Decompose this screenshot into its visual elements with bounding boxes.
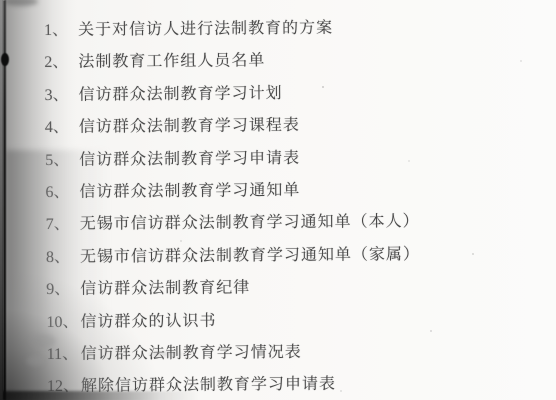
list-item-text: 关于对信访人进行法制教育的方案 <box>78 13 333 47</box>
bottom-left-corner-shadow <box>0 270 160 400</box>
list-item-text: 法制教育工作组人员名单 <box>78 46 265 80</box>
list-item: 3、 信访群众法制教育学习计划 <box>1 76 556 113</box>
ink-bleed-smudge <box>26 356 44 366</box>
bottom-edge-shadow <box>0 391 200 400</box>
ink-bleed-smudge <box>148 352 182 356</box>
list-item: 1、 关于对信访人进行法制教育的方案 <box>0 11 556 48</box>
scanned-document-page: 1、 关于对信访人进行法制教育的方案 2、 法制教育工作组人员名单 3、 信访群… <box>0 0 556 400</box>
list-item-text: 无锡市信访群众法制教育学习通知单（本人） <box>80 206 420 241</box>
list-item-text: 信访群众法制教育学习通知单 <box>79 175 300 209</box>
list-item: 4、 信访群众法制教育学习课程表 <box>1 108 556 145</box>
list-item-text: 信访群众法制教育学习申请表 <box>79 143 300 177</box>
list-item-text: 信访群众法制教育学习计划 <box>79 78 283 112</box>
list-item: 2、 法制教育工作组人员名单 <box>0 43 556 80</box>
ink-bleed-smudge <box>30 334 56 348</box>
paper-specks <box>322 86 324 88</box>
list-item-text: 无锡市信访群众法制教育学习通知单（家属） <box>80 239 420 274</box>
list-item-text: 信访群众法制教育学习课程表 <box>79 110 300 144</box>
spine-ink-blob <box>1 53 9 66</box>
